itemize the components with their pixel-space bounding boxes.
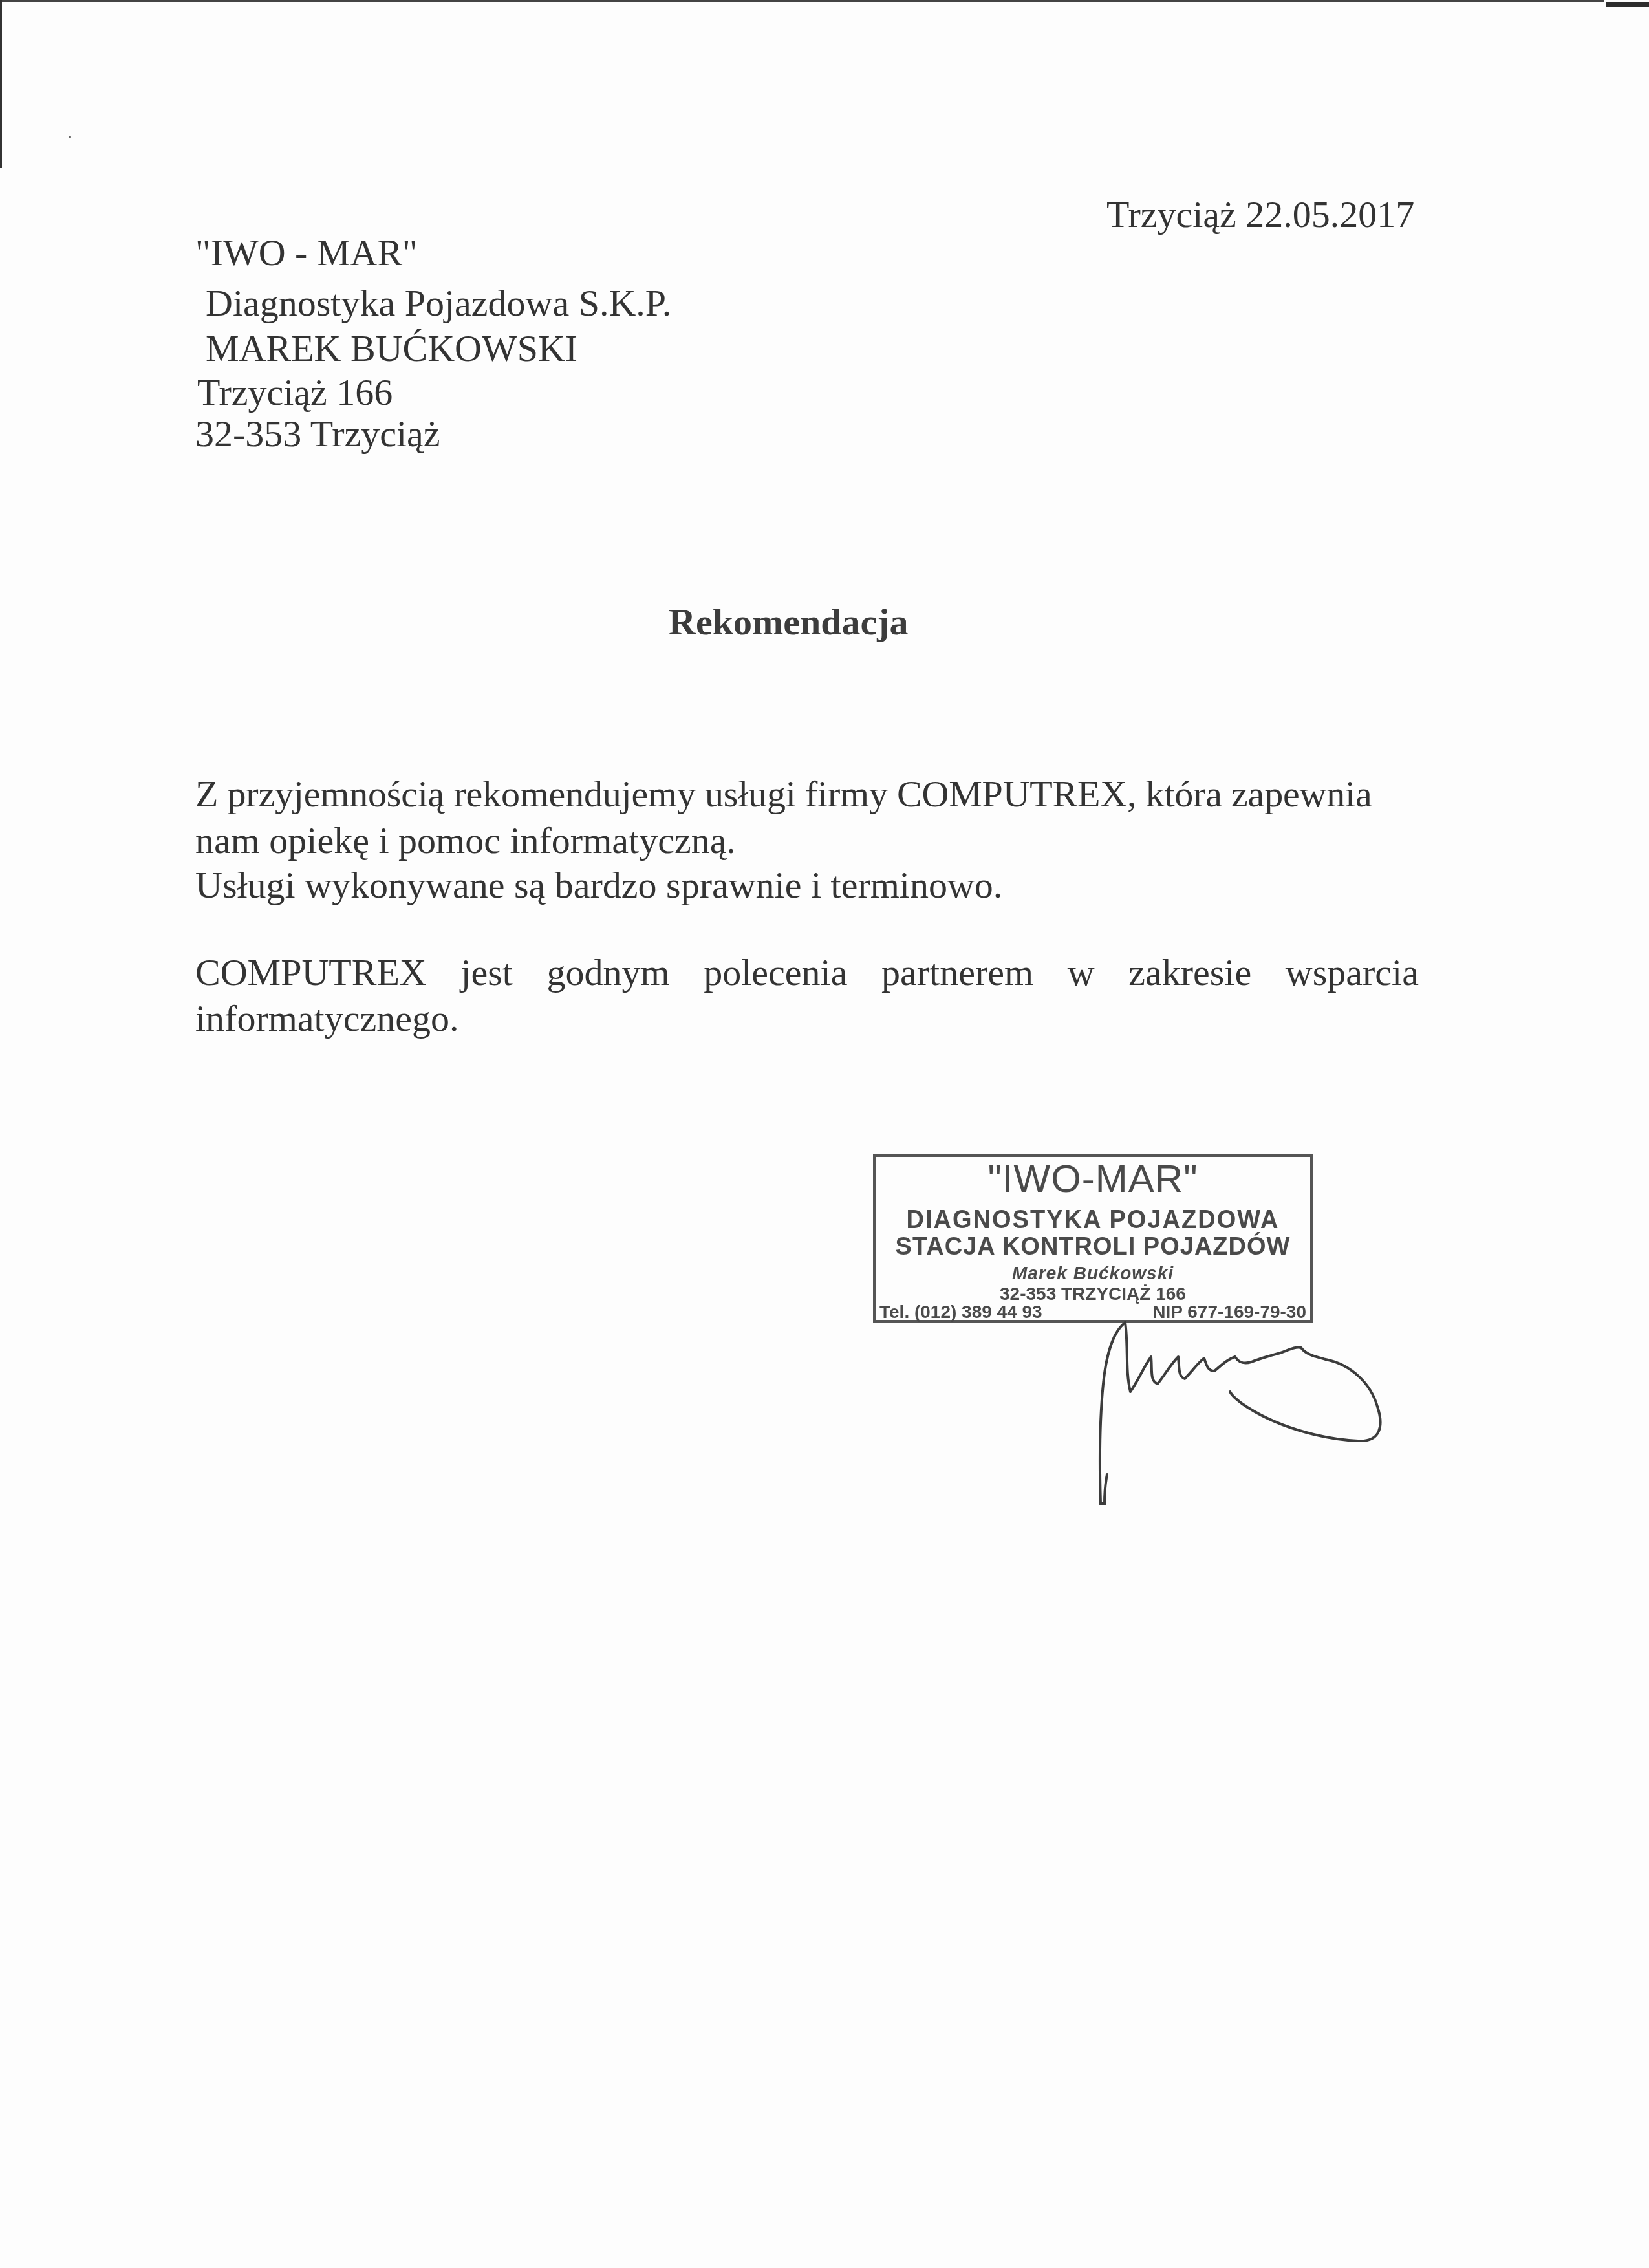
stamp-line-stacja: STACJA KONTROLI POJAZDÓW (876, 1235, 1310, 1259)
body-word: COMPUTREX (195, 954, 427, 991)
body-word: zakresie (1128, 954, 1251, 991)
body-line-2: nam opiekę i pomoc informatyczną. (195, 822, 736, 859)
document-title: Rekomendacja (669, 603, 909, 641)
stamp-brand: "IWO-MAR" (876, 1160, 1310, 1198)
body-word: w (1068, 954, 1095, 991)
scan-speck (69, 136, 71, 138)
stamp-nip: NIP 677-169-79-30 (1152, 1303, 1306, 1321)
signature-icon (1061, 1319, 1423, 1513)
body-line-1: Z przyjemnością rekomendujemy usługi fir… (195, 775, 1372, 813)
scan-edge-left (0, 0, 2, 168)
sender-postal-city: 32-353 Trzyciąż (195, 415, 440, 453)
place-date: Trzyciąż 22.05.2017 (1106, 196, 1414, 233)
stamp-contact-row: Tel. (012) 389 44 93 NIP 677-169-79-30 (879, 1303, 1306, 1321)
stamp-address: 32-353 TRZYCIĄŻ 166 (876, 1285, 1310, 1303)
stamp-line-diagnostyka: DIAGNOSTYKA POJAZDOWA (876, 1207, 1310, 1233)
stamp-owner-name: Marek Bućkowski (876, 1264, 1310, 1282)
body-word: godnym (546, 954, 669, 991)
sender-business-type: Diagnostyka Pojazdowa S.K.P. (206, 285, 671, 322)
body-word: jest (460, 954, 513, 991)
body-word: partnerem (881, 954, 1033, 991)
sender-owner: MAREK BUĆKOWSKI (206, 330, 577, 367)
scan-edge-top (0, 0, 1604, 2)
sender-company: "IWO - MAR" (195, 234, 418, 272)
company-stamp: "IWO-MAR" DIAGNOSTYKA POJAZDOWA STACJA K… (873, 1154, 1313, 1323)
body-line-3: Usługi wykonywane są bardzo sprawnie i t… (195, 867, 1002, 904)
body-paragraph-2-line-1: COMPUTREXjestgodnympoleceniapartneremwza… (195, 954, 1419, 991)
scan-artifact-bar (1606, 2, 1649, 7)
body-paragraph-2-line-2: informatycznego. (195, 1000, 458, 1037)
body-word: polecenia (704, 954, 847, 991)
body-word: wsparcia (1286, 954, 1419, 991)
sender-street: Trzyciąż 166 (197, 374, 393, 411)
stamp-phone: Tel. (012) 389 44 93 (879, 1303, 1042, 1321)
